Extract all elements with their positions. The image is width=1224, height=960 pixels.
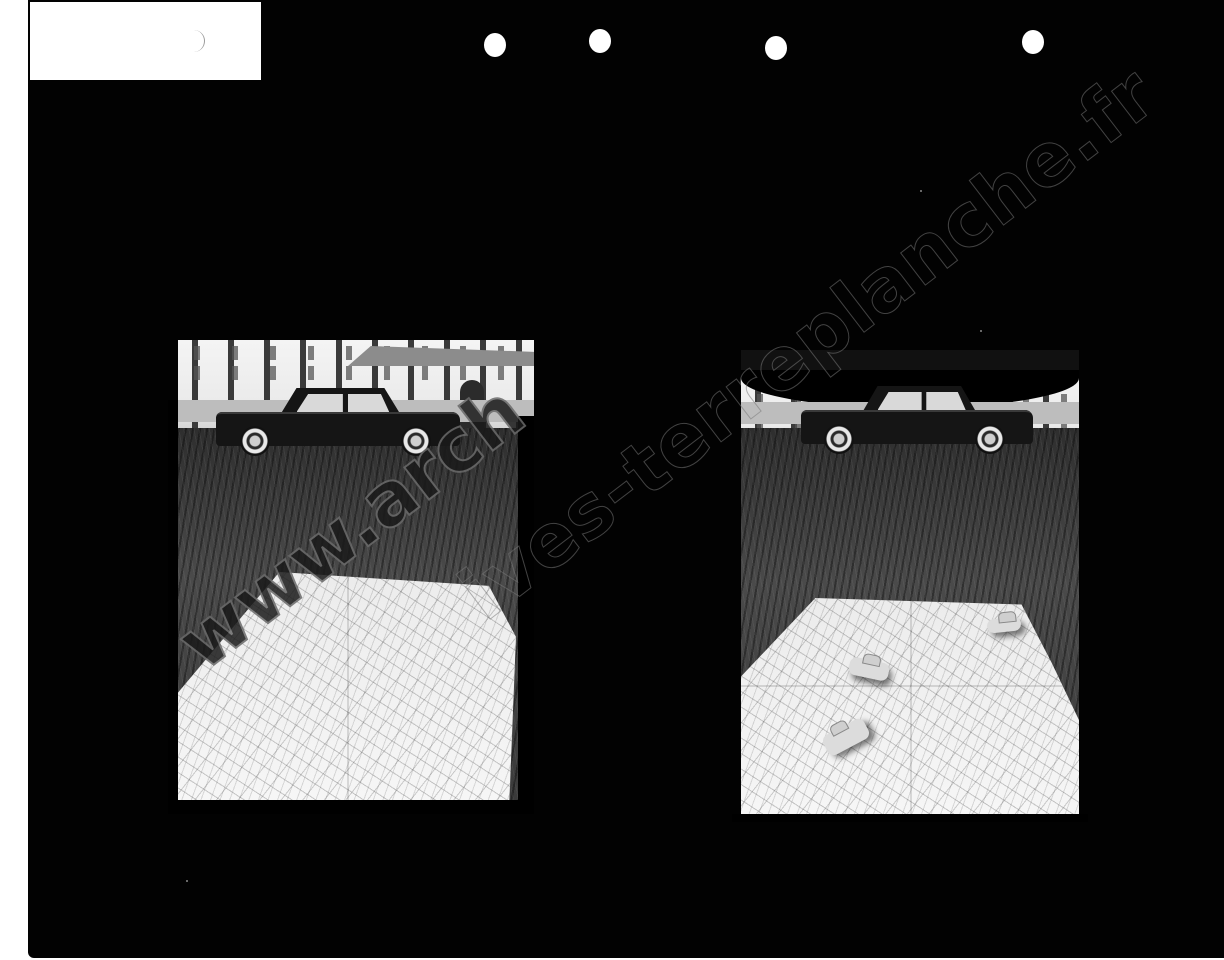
- punch-hole: [484, 33, 506, 57]
- wheel: [240, 426, 270, 456]
- frame-edge: [732, 814, 1088, 822]
- pencil-mark: [190, 30, 205, 52]
- dust-speck: [186, 880, 188, 882]
- frame-edge: [518, 416, 534, 806]
- wheel: [401, 426, 431, 456]
- wheel: [975, 424, 1005, 454]
- frame-edge: [168, 800, 534, 814]
- photo-right: [741, 350, 1079, 816]
- car: [801, 374, 1033, 454]
- road-map: [741, 598, 1079, 816]
- label-patch: [30, 2, 261, 80]
- dust-speck: [920, 190, 922, 192]
- punch-hole: [589, 29, 611, 53]
- photo-left: [178, 340, 534, 802]
- punch-hole: [1022, 30, 1044, 54]
- frame-edge: [168, 400, 178, 804]
- dust-speck: [980, 330, 982, 332]
- wheel: [824, 424, 854, 454]
- car: [216, 370, 460, 456]
- punch-hole: [765, 36, 787, 60]
